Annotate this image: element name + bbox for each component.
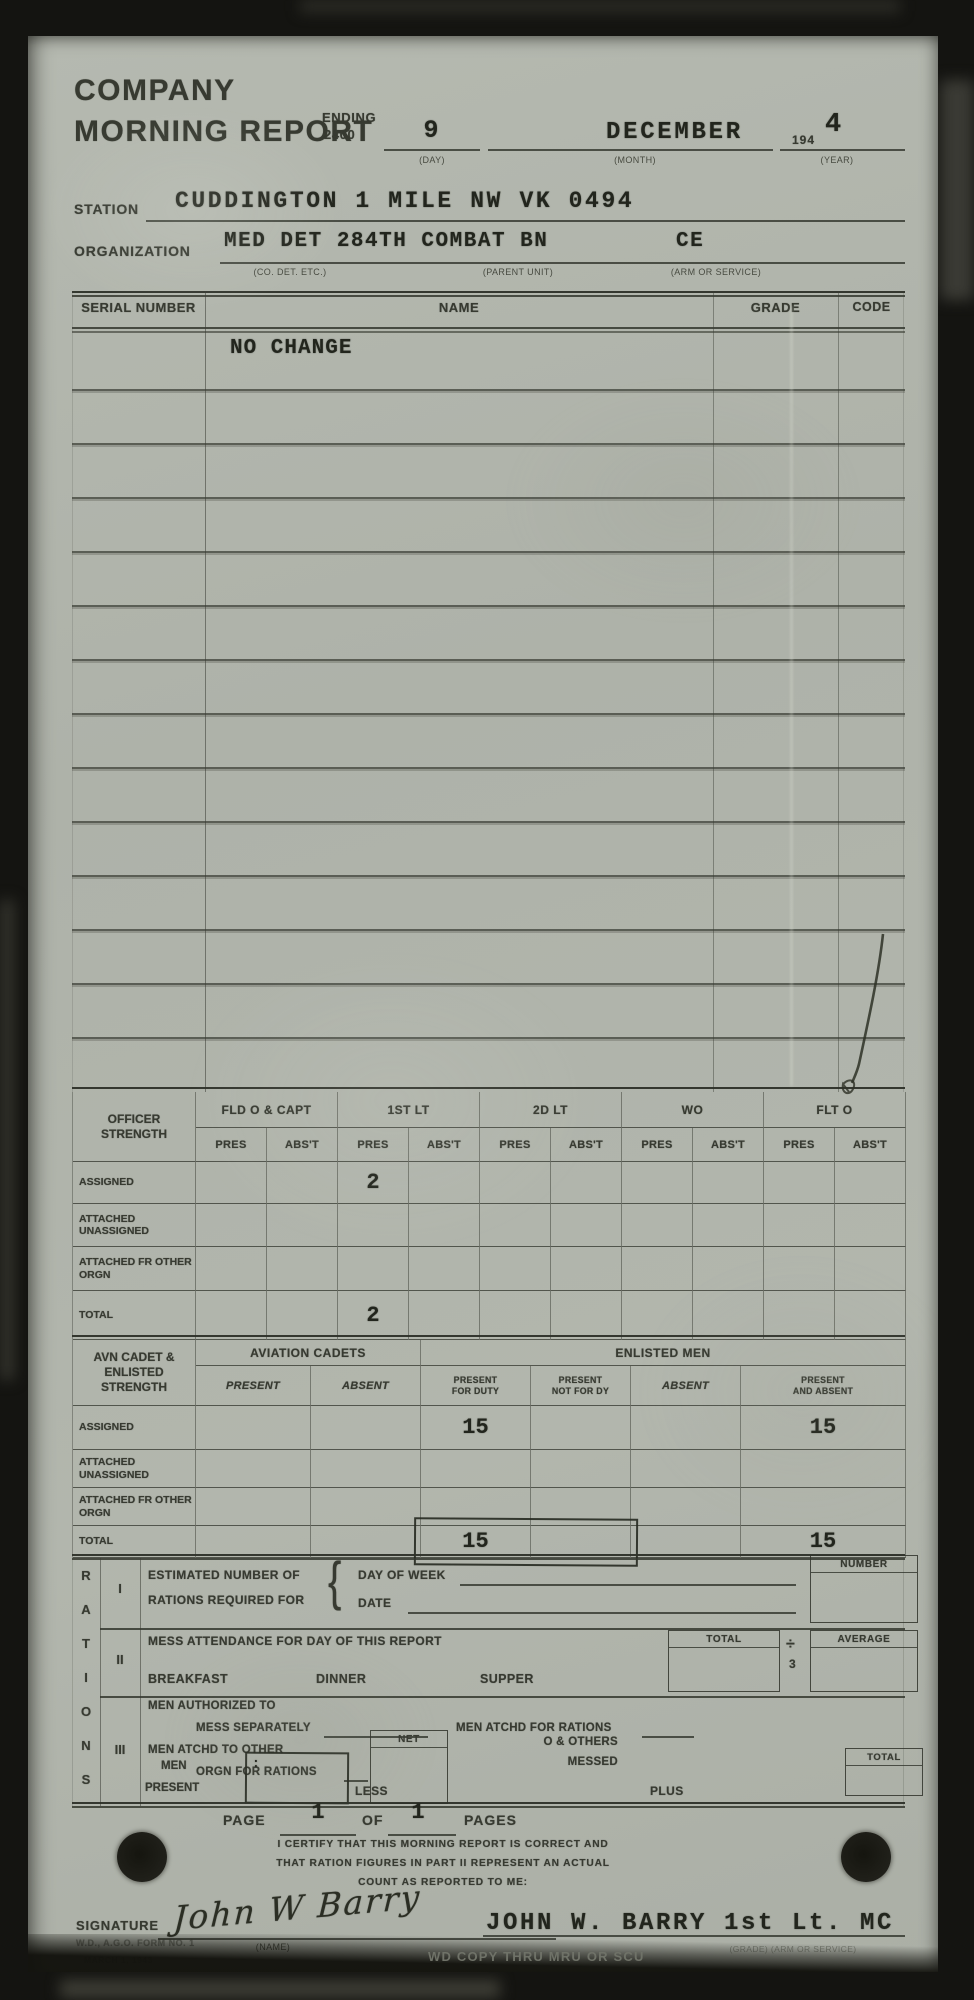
pages-label: PAGES: [464, 1812, 517, 1828]
rations-side-letter: I: [72, 1670, 100, 1685]
roster-top-rule: [72, 291, 905, 293]
o-others-line1: O & OTHERS: [526, 1736, 618, 1748]
roster-table: SERIAL NUMBER NAME GRADE CODE NO CHANGE: [72, 291, 905, 1092]
roster-top-rule2: [72, 295, 905, 297]
organization-field: MED DET 284TH COMBAT BN: [224, 230, 548, 253]
enlisted-cell: [196, 1488, 311, 1526]
net-box-label: NET: [371, 1731, 447, 1748]
roster-row-line: [72, 929, 905, 931]
o-others-line2: MESSED: [526, 1756, 618, 1768]
officer-group-header: FLD O & CAPT: [196, 1092, 338, 1128]
officer-cell: [693, 1247, 764, 1291]
officer-cell: 2: [338, 1291, 409, 1340]
rations-top-rule: [72, 1554, 905, 1556]
men-authorized-line2: MESS SEPARATELY: [196, 1722, 311, 1734]
rations-part1-rule: [100, 1628, 905, 1630]
officer-cell: [267, 1247, 338, 1291]
rations-side-letter: N: [72, 1738, 100, 1753]
enlisted-subcolumn-header: PRESENT NOT FOR DY: [531, 1366, 631, 1406]
enlisted-subcolumn-text: PRESENT NOT FOR DY: [549, 1375, 613, 1396]
date-label: DATE: [358, 1596, 391, 1610]
roster-row-line: [72, 497, 905, 499]
number-box-label: NUMBER: [811, 1556, 917, 1573]
rations-total-box: TOTAL: [845, 1748, 923, 1796]
form-title-line1: COMPANY: [74, 74, 236, 108]
rations-side-letter: R: [72, 1568, 100, 1583]
officer-cell: 2: [338, 1162, 409, 1204]
enlisted-group-header: ENLISTED MEN: [421, 1340, 906, 1366]
column-header-serial: SERIAL NUMBER: [72, 300, 205, 315]
organization-label: ORGANIZATION: [74, 243, 191, 259]
column-header-grade: GRADE: [713, 300, 838, 315]
ending-label: ENDING: [322, 110, 376, 125]
officer-cell: [480, 1204, 551, 1247]
enlisted-cell: [631, 1406, 741, 1450]
officer-cell: [693, 1162, 764, 1204]
enlisted-row-label: ATTACHED UNASSIGNED: [73, 1450, 196, 1488]
arm-service-label: (ARM OR SERVICE): [651, 267, 781, 277]
rations-edge-left: [72, 1558, 73, 1806]
roster-row-line: [72, 821, 905, 823]
roster-edge-left: [72, 291, 73, 1092]
certify-line2: THAT RATION FIGURES IN PART II REPRESENT…: [188, 1854, 698, 1873]
rations-side-letter: S: [72, 1772, 100, 1787]
officer-cell: [196, 1291, 267, 1340]
mess-attendance-label: MESS ATTENDANCE FOR DAY OF THIS REPORT: [148, 1634, 442, 1648]
men-present-line2: PRESENT: [145, 1782, 199, 1794]
officer-cell: [835, 1291, 906, 1340]
men-present-line1: MEN: [161, 1760, 187, 1772]
station-label: STATION: [74, 201, 139, 217]
brace-glyph: {: [328, 1552, 341, 1613]
men-authorized-line1: MEN AUTHORIZED TO: [148, 1700, 276, 1712]
rations-top-rule2: [72, 1558, 905, 1560]
average-box-label: AVERAGE: [811, 1631, 917, 1648]
enlisted-row-label: ATTACHED FR OTHER ORGN: [73, 1488, 196, 1526]
year-underline: [780, 149, 905, 151]
rations-part1-numeral: I: [100, 1581, 140, 1596]
officer-subcolumn-header: PRES: [764, 1128, 835, 1162]
roster-row-line: [72, 605, 905, 607]
officer-cell: [764, 1291, 835, 1340]
officer-subcolumn-header: ABS'T: [409, 1128, 480, 1162]
officer-cell: [622, 1291, 693, 1340]
enlisted-cell: [531, 1406, 631, 1450]
roster-row-line: [72, 713, 905, 715]
enlisted-cell: [311, 1406, 421, 1450]
page-number-field: 1: [290, 1800, 346, 1825]
roster-divider-serial: [205, 291, 206, 1092]
enlisted-subcolumn-text: ABSENT: [342, 1380, 389, 1392]
officer-cell: [267, 1291, 338, 1340]
day-of-week-line: [460, 1584, 796, 1586]
officer-cell: [551, 1204, 622, 1247]
enlisted-cell: [196, 1406, 311, 1450]
officer-cell: [551, 1162, 622, 1204]
page-label: PAGE: [223, 1812, 266, 1828]
officer-cell: [622, 1204, 693, 1247]
officer-cell: [196, 1162, 267, 1204]
officer-row-label: ATTACHED UNASSIGNED: [73, 1204, 196, 1247]
organization-underline: [220, 262, 905, 264]
number-box: NUMBER: [810, 1555, 918, 1623]
mess-total-box-label: TOTAL: [669, 1631, 779, 1648]
dinner-label: DINNER: [316, 1672, 366, 1686]
unit-type-label: (CO. DET. ETC.): [225, 267, 355, 277]
enlisted-subcolumn-text: PRESENT FOR DUTY: [444, 1375, 508, 1396]
enlisted-cell: [741, 1488, 906, 1526]
officer-cell: [480, 1162, 551, 1204]
officer-cell: [764, 1162, 835, 1204]
enlisted-cell: [311, 1488, 421, 1526]
officer-subcolumn-header: ABS'T: [835, 1128, 906, 1162]
enlisted-strength-title: AVN CADET & ENLISTED STRENGTH: [73, 1340, 196, 1406]
enlisted-cell: [631, 1450, 741, 1488]
officer-cell: [338, 1204, 409, 1247]
officer-cell: [622, 1247, 693, 1291]
rations-estimated-line1: ESTIMATED NUMBER OF: [148, 1568, 300, 1582]
roster-row-line: [72, 443, 905, 445]
rations-part3-numeral: III: [100, 1742, 140, 1757]
pen-mark: [813, 926, 913, 1096]
officer-cell: [835, 1204, 906, 1247]
roster-divider-grade: [713, 291, 714, 1092]
roster-header-rule: [72, 327, 905, 329]
arm-of-service-field: CE: [676, 230, 704, 253]
rations-bottom-rule: [72, 1802, 905, 1804]
officer-cell: [267, 1162, 338, 1204]
divide-by-value: 3: [789, 1657, 796, 1671]
enlisted-subcolumn-header: PRESENT: [196, 1366, 311, 1406]
officer-row-label: ASSIGNED: [73, 1162, 196, 1204]
enlisted-subcolumn-header: PRESENT FOR DUTY: [421, 1366, 531, 1406]
officer-group-header: 1ST LT: [338, 1092, 480, 1128]
day-label: (DAY): [402, 155, 462, 165]
roster-row-line: [72, 551, 905, 553]
year-field: 4: [825, 110, 841, 140]
officer-subcolumn-header: PRES: [196, 1128, 267, 1162]
pages-total-field: 1: [390, 1800, 446, 1825]
officer-subcolumn-header: PRES: [338, 1128, 409, 1162]
rations-part2-rule: [100, 1696, 905, 1698]
enlisted-cell: [421, 1450, 531, 1488]
copy-note: WD COPY THRU MRU OR SCU: [428, 1949, 645, 1964]
hole-punch-left: [117, 1832, 167, 1882]
officer-cell: [267, 1204, 338, 1247]
enlisted-cell: [741, 1450, 906, 1488]
signature-label: SIGNATURE: [76, 1918, 159, 1933]
officer-cell: [409, 1291, 480, 1340]
enlisted-top-rule: [72, 1335, 905, 1337]
day-of-week-label: DAY OF WEEK: [358, 1568, 446, 1582]
officer-subcolumn-header: ABS'T: [267, 1128, 338, 1162]
day-underline: [384, 149, 480, 151]
officer-row-label: ATTACHED FR OTHER ORGN: [73, 1247, 196, 1291]
month-field: DECEMBER: [606, 119, 743, 146]
officer-cell: [622, 1162, 693, 1204]
scan-edge-blob: [940, 80, 974, 300]
enlisted-subcolumn-text: PRESENT AND ABSENT: [791, 1375, 855, 1396]
column-header-code: CODE: [838, 300, 905, 314]
morning-report-form: COMPANY MORNING REPORT ENDING 2400 9 DEC…: [28, 36, 938, 1972]
typed-name-field: JOHN W. BARRY 1st Lt. MC: [486, 1910, 894, 1937]
breakfast-label: BREAKFAST: [148, 1672, 228, 1686]
officer-row-label: TOTAL: [73, 1291, 196, 1340]
roster-row-line: [72, 1037, 905, 1039]
of-label: OF: [362, 1812, 383, 1828]
rations-side-letter: O: [72, 1704, 100, 1719]
officer-cell: [835, 1162, 906, 1204]
men-present-pen-box: [245, 1752, 349, 1805]
enlisted-subcolumn-text: ABSENT: [662, 1380, 709, 1392]
officer-subcolumn-header: ABS'T: [551, 1128, 622, 1162]
roster-entry: NO CHANGE: [230, 337, 352, 360]
officer-cell: [480, 1291, 551, 1340]
column-header-name: NAME: [205, 300, 713, 315]
rations-side-letters: RATIONS: [72, 1568, 100, 1788]
officer-group-header: 2D LT: [480, 1092, 622, 1128]
average-box: AVERAGE: [810, 1630, 918, 1692]
enlisted-cell: 15: [421, 1406, 531, 1450]
enlisted-row-label: ASSIGNED: [73, 1406, 196, 1450]
station-field: CUDDINGTON 1 MILE NW VK 0494: [175, 188, 634, 214]
station-underline: [146, 220, 905, 222]
officer-cell: [551, 1247, 622, 1291]
officer-top-rule: [72, 1087, 905, 1089]
officer-cell: [693, 1204, 764, 1247]
officer-strength-title: OFFICER STRENGTH: [73, 1092, 196, 1162]
officer-cell: [764, 1247, 835, 1291]
rations-bottom-rule2: [72, 1806, 905, 1808]
certify-line3: COUNT AS REPORTED TO ME:: [188, 1873, 698, 1892]
officer-subcolumn-header: PRES: [622, 1128, 693, 1162]
hole-punch-right: [841, 1832, 891, 1882]
enlisted-cell: [311, 1450, 421, 1488]
certify-line1: I CERTIFY THAT THIS MORNING REPORT IS CO…: [188, 1835, 698, 1854]
divide-symbol: ÷: [786, 1636, 795, 1654]
enlisted-subcolumn-header: ABSENT: [631, 1366, 741, 1406]
officer-strength-table: OFFICER STRENGTHFLD O & CAPT1ST LT2D LTW…: [72, 1092, 906, 1340]
officer-group-header: WO: [622, 1092, 764, 1128]
officer-cell: [338, 1247, 409, 1291]
roster-row-line: [72, 389, 905, 391]
certification-text: I CERTIFY THAT THIS MORNING REPORT IS CO…: [188, 1835, 698, 1892]
officer-cell: [764, 1204, 835, 1247]
enlisted-group-header: AVIATION CADETS: [196, 1340, 421, 1366]
officer-cell: [835, 1247, 906, 1291]
roster-row-line: [72, 983, 905, 985]
men-atchd-rations-line: [642, 1736, 694, 1738]
supper-label: SUPPER: [480, 1672, 534, 1686]
officer-subcolumn-header: ABS'T: [693, 1128, 764, 1162]
officer-group-header: FLT O: [764, 1092, 906, 1128]
roster-header-rule2: [72, 331, 905, 333]
officer-cell: [480, 1247, 551, 1291]
rations-side-letter: A: [72, 1602, 100, 1617]
scan-edge-blob: [300, 0, 900, 12]
officer-cell: [196, 1247, 267, 1291]
officer-cell: [196, 1204, 267, 1247]
date-line: [408, 1612, 796, 1614]
month-label: (MONTH): [600, 155, 670, 165]
scan-scratch: [790, 306, 793, 1086]
roster-row-line: [72, 659, 905, 661]
officer-cell: [551, 1291, 622, 1340]
officer-cell: [409, 1162, 480, 1204]
day-field: 9: [396, 116, 466, 145]
roster-row-line: [72, 767, 905, 769]
scan-edge-blob: [0, 900, 14, 1380]
rations-divider2: [140, 1558, 141, 1806]
officer-cell: [409, 1247, 480, 1291]
year-label: (YEAR): [802, 155, 872, 165]
mess-total-box: TOTAL: [668, 1630, 780, 1692]
plus-label: PLUS: [650, 1784, 684, 1798]
officer-cell: [693, 1291, 764, 1340]
rations-side-letter: T: [72, 1636, 100, 1651]
scan-edge-blob: [60, 1980, 500, 1998]
parent-unit-label: (PARENT UNIT): [453, 267, 583, 277]
enlisted-cell: [196, 1450, 311, 1488]
enlisted-cell: [631, 1488, 741, 1526]
rations-estimated-line2: RATIONS REQUIRED FOR: [148, 1593, 304, 1607]
year-prefix: 194: [792, 133, 815, 147]
enlisted-cell: [531, 1450, 631, 1488]
less-label: LESS: [355, 1784, 388, 1798]
rations-total-box-label: TOTAL: [846, 1749, 922, 1766]
enlisted-subcolumn-header: PRESENT AND ABSENT: [741, 1366, 906, 1406]
roster-row-line: [72, 875, 905, 877]
rations-part2-numeral: II: [100, 1652, 140, 1667]
month-underline: [488, 149, 773, 151]
men-present-mark: :: [252, 1756, 260, 1771]
officer-subcolumn-header: PRES: [480, 1128, 551, 1162]
ending-value: 2400: [324, 127, 355, 142]
enlisted-cell: 15: [741, 1406, 906, 1450]
enlisted-subcolumn-header: ABSENT: [311, 1366, 421, 1406]
officer-cell: [409, 1204, 480, 1247]
men-atchd-rations-label: MEN ATCHD FOR RATIONS: [456, 1722, 612, 1734]
enlisted-subcolumn-text: PRESENT: [226, 1380, 280, 1392]
